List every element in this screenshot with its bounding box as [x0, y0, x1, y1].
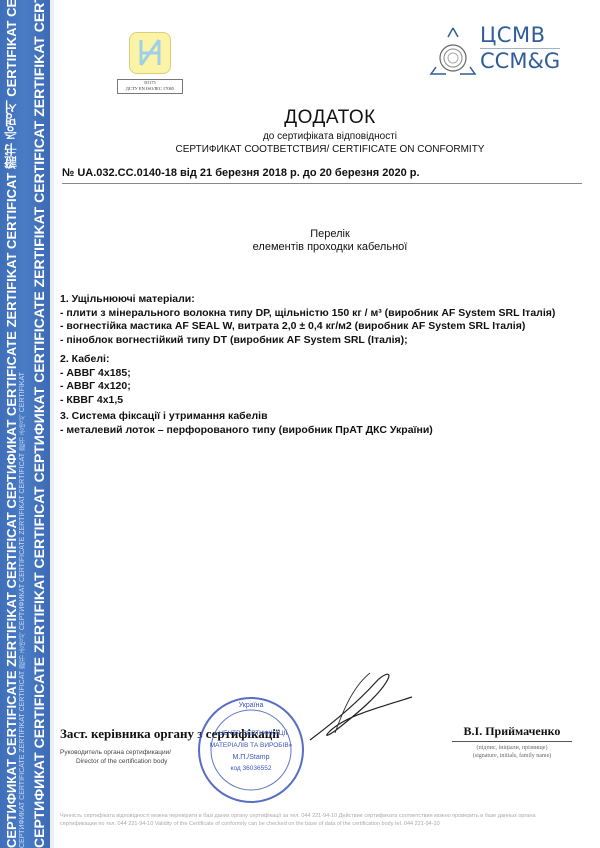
footer-line-1: Чинність сертифіката відповідності можна… [60, 812, 590, 820]
footer-line-2: сертификации по тел. 044 221-94-10 Valid… [60, 820, 590, 828]
iso-standard-box: IO175 ДСТУ EN ISO/IEC 17065 [117, 79, 183, 94]
list-item: - вогнестійка мастика AF SEAL W, витрата… [60, 320, 555, 334]
section-fixation-system: 3. Система фіксації і утримання кабелів … [60, 410, 433, 437]
svg-text:МАТЕРІАЛІВ ТА ВИРОБІВ»: МАТЕРІАЛІВ ТА ВИРОБІВ» [210, 742, 293, 749]
signature-caption-ua: (підпис, ініціали, прізвище) [452, 744, 572, 752]
org-logo-latin: CCM&G [480, 48, 560, 73]
svg-text:«ЦЕНТР СЕРТИФІКАЦІЇ: «ЦЕНТР СЕРТИФІКАЦІЇ [215, 729, 288, 737]
svg-text:код 36036552: код 36036552 [231, 765, 272, 772]
org-logo-cyrillic: ЦСМВ [480, 22, 560, 48]
section-heading: 3. Система фіксації і утримання кабелів [60, 410, 433, 424]
svg-text:Україна: Україна [239, 702, 264, 709]
iso-standard: ДСТУ EN ISO/IEC 17065 [118, 86, 182, 92]
official-stamp-icon: Україна «ЦЕНТР СЕРТИФІКАЦІЇ МАТЕРІАЛІВ Т… [196, 695, 306, 805]
svg-text:М.П./Stamp: М.П./Stamp [233, 754, 270, 761]
signatory-name-block: В.І. Приймаченко (підпис, ініціали, пріз… [452, 724, 572, 760]
document-subtitle: до сертифіката відповідності [30, 131, 600, 142]
section-heading: 2. Кабелі: [60, 353, 131, 367]
section-cables: 2. Кабелі: - АВВГ 4х185; - АВВГ 4х120; -… [60, 353, 131, 407]
signature-caption-en: (signature, initials, family name) [452, 752, 572, 760]
document-subtitle-multilang: СЕРТИФИКАТ СООТВЕТСТВИЯ/ CERTIFICATE ON … [30, 144, 600, 155]
accreditation-logo-icon [129, 32, 171, 74]
list-title: Перелік [30, 228, 600, 240]
list-subtitle: елементів проходки кабельної [30, 241, 600, 253]
section-sealing-materials: 1. Ущільнюючі матеріали: - плити з мінер… [60, 293, 555, 347]
section-heading: 1. Ущільнюючі матеріали: [60, 293, 555, 307]
list-item: - АВВГ 4х185; [60, 367, 131, 381]
certificate-number-line: № UA.032.CC.0140-18 від 21 березня 2018 … [62, 167, 582, 184]
list-item: - пінoблок вогнестійкий типу DT (виробни… [60, 334, 555, 348]
list-item: - КВВГ 4х1,5 [60, 394, 131, 408]
triangle-emblem-icon [428, 22, 478, 80]
list-item: - АВВГ 4х120; [60, 380, 131, 394]
handwritten-signature-icon [300, 665, 440, 745]
validity-footer: Чинність сертифіката відповідності можна… [60, 812, 590, 828]
list-item: - металевий лоток – перфорованого типу (… [60, 424, 433, 438]
document-title: ДОДАТОК [0, 107, 600, 129]
signatory-name: В.І. Приймаченко [452, 724, 572, 742]
org-logo: ЦСМВ CCM&G [428, 22, 578, 80]
list-item: - плити з мінерального волокна типу DP, … [60, 307, 555, 321]
